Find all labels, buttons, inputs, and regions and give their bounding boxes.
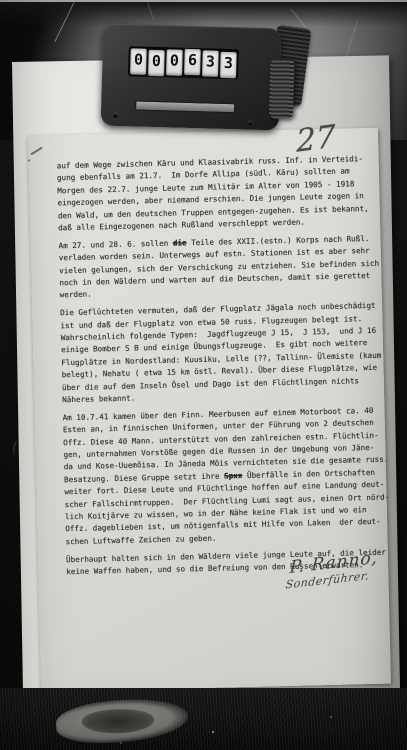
counter-digit: 6 — [184, 49, 201, 75]
overstruck-word: Spxx — [224, 471, 243, 480]
counter-slot — [135, 100, 235, 113]
archival-photo: 27 auf dem Wege zwischen Käru und Klaasi… — [0, 0, 407, 750]
counter-digit: 3 — [220, 52, 237, 78]
handwritten-page-number: 27 — [296, 119, 336, 160]
paragraph: Am 10.7.41 kamen über den Finn. Meerbuse… — [63, 405, 386, 549]
paragraph: Die Geflüchteten vermuten, daß der Flugp… — [60, 300, 382, 407]
paragraph: Am 27. und 28. 6. sollen die Teile des X… — [58, 233, 379, 302]
document-page: 27 auf dem Wege zwischen Käru und Klaasi… — [28, 128, 391, 692]
screw-icon — [248, 121, 253, 126]
dust-speck — [330, 716, 332, 718]
frame-counter-device: 000633 — [101, 24, 282, 131]
counter-digit-window: 000633 — [128, 46, 239, 79]
film-edge-line — [0, 0, 407, 2]
counter-digit: 0 — [148, 50, 165, 76]
dust-speck — [212, 731, 214, 733]
counter-digit: 0 — [130, 48, 147, 74]
debris-blob-core — [82, 709, 154, 734]
counter-knurled-knob — [269, 58, 295, 119]
typed-text: auf dem Wege zwischen Käru und Klaasivab… — [57, 153, 387, 584]
screw-icon — [113, 113, 118, 118]
counter-body: 000633 — [101, 24, 282, 131]
paragraph: auf dem Wege zwischen Käru und Klaasivab… — [57, 153, 379, 235]
overstruck-word: die — [173, 238, 187, 247]
counter-digit: 3 — [202, 50, 219, 76]
counter-digit: 0 — [166, 49, 183, 75]
dust-speck — [120, 742, 122, 744]
